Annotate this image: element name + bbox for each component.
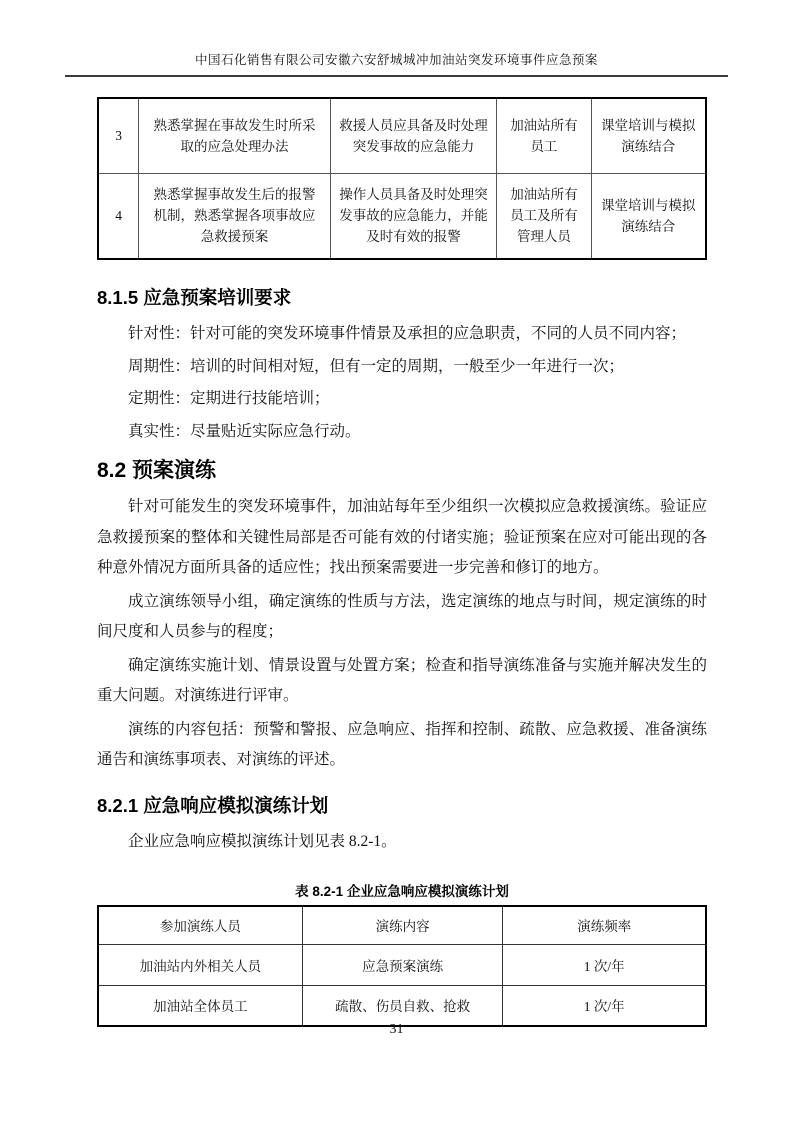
body-paragraph: 演练的内容包括：预警和警报、应急响应、指挥和控制、疏散、应急救援、准备演练通告和… (97, 715, 707, 776)
column-header: 演练频率 (503, 906, 706, 944)
training-requirements-table: 3 熟悉掌握在事故发生时所采取的应急处理办法 救援人员应具备及时处理突发事故的应… (97, 97, 707, 260)
table-row: 加油站全体员工 疏散、伤员自救、抢救 1 次/年 (98, 985, 706, 1026)
heading-8-2-1: 8.2.1 应急响应模拟演练计划 (97, 792, 707, 818)
row-number-cell: 3 (98, 98, 139, 173)
document-page: 中国石化销售有限公司安徽六安舒城城冲加油站突发环境事件应急预案 3 熟悉掌握在事… (0, 0, 793, 1122)
body-paragraph: 确定演练实施计划、情景设置与处置方案；检查和指导演练准备与实施并解决发生的重大问… (97, 651, 707, 712)
drill-content-cell: 疏散、伤员自救、抢救 (302, 985, 503, 1026)
page-number: 31 (0, 1022, 793, 1038)
drill-content-cell: 应急预案演练 (302, 944, 503, 985)
training-requirement-item: 周期性：培训的时间相对短，但有一定的周期，一般至少一年进行一次； (97, 351, 707, 384)
training-target-cell: 加油站所有员工及所有管理人员 (497, 173, 591, 259)
training-content-cell: 熟悉掌握事故发生后的报警机制，熟悉掌握各项事故应急救援预案 (139, 173, 331, 259)
drill-plan-table: 参加演练人员 演练内容 演练频率 加油站内外相关人员 应急预案演练 1 次/年 … (97, 905, 707, 1027)
body-paragraph: 针对可能发生的突发环境事件，加油站每年至少组织一次模拟应急救援演练。验证应急救援… (97, 492, 707, 584)
column-header: 演练内容 (302, 906, 503, 944)
table-caption: 表 8.2-1 企业应急响应模拟演练计划 (97, 880, 707, 900)
page-header: 中国石化销售有限公司安徽六安舒城城冲加油站突发环境事件应急预案 (65, 50, 728, 77)
training-method-cell: 课堂培训与模拟演练结合 (591, 173, 706, 259)
table-row: 4 熟悉掌握事故发生后的报警机制，熟悉掌握各项事故应急救援预案 操作人员具备及时… (98, 173, 706, 259)
page-content: 3 熟悉掌握在事故发生时所采取的应急处理办法 救援人员应具备及时处理突发事故的应… (97, 97, 707, 1027)
training-content-cell: 熟悉掌握在事故发生时所采取的应急处理办法 (139, 98, 331, 173)
training-requirement-item: 真实性：尽量贴近实际应急行动。 (97, 416, 707, 449)
drill-participants-cell: 加油站全体员工 (98, 985, 302, 1026)
table-row: 3 熟悉掌握在事故发生时所采取的应急处理办法 救援人员应具备及时处理突发事故的应… (98, 98, 706, 173)
drill-participants-cell: 加油站内外相关人员 (98, 944, 302, 985)
training-target-cell: 加油站所有员工 (497, 98, 591, 173)
training-requirement-item: 针对性：针对可能的突发环境事件情景及承担的应急职责，不同的人员不同内容； (97, 318, 707, 351)
training-goal-cell: 操作人员具备及时处理突发事故的应急能力，并能及时有效的报警 (330, 173, 497, 259)
training-requirement-item: 定期性：定期进行技能培训； (97, 383, 707, 416)
row-number-cell: 4 (98, 173, 139, 259)
column-header: 参加演练人员 (98, 906, 302, 944)
heading-8-2: 8.2 预案演练 (97, 454, 707, 484)
drill-frequency-cell: 1 次/年 (503, 944, 706, 985)
body-paragraph: 企业应急响应模拟演练计划见表 8.2-1。 (97, 826, 707, 859)
body-paragraph: 成立演练领导小组，确定演练的性质与方法，选定演练的地点与时间，规定演练的时间尺度… (97, 587, 707, 648)
training-goal-cell: 救援人员应具备及时处理突发事故的应急能力 (330, 98, 497, 173)
drill-frequency-cell: 1 次/年 (503, 985, 706, 1026)
header-title: 中国石化销售有限公司安徽六安舒城城冲加油站突发环境事件应急预案 (195, 53, 598, 67)
heading-8-1-5: 8.1.5 应急预案培训要求 (97, 284, 707, 310)
table-row: 加油站内外相关人员 应急预案演练 1 次/年 (98, 944, 706, 985)
table-header-row: 参加演练人员 演练内容 演练频率 (98, 906, 706, 944)
training-method-cell: 课堂培训与模拟演练结合 (591, 98, 706, 173)
